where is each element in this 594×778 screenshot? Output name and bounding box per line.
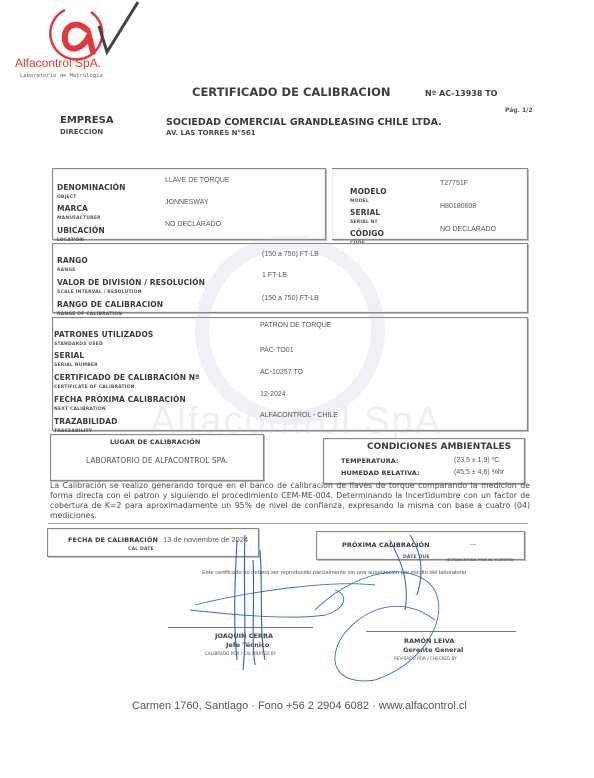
- reviewer-role: Gerente General: [403, 646, 463, 654]
- traceability-label: TRAZABILIDAD: [54, 417, 117, 426]
- temperature-label: TEMPERATURA:: [341, 457, 399, 465]
- calibrator-role: Jefe Técnico: [226, 641, 269, 649]
- reproduction-notice: Este certificado no deberá ser reproduci…: [202, 570, 466, 576]
- code-value: NO DECLARADO: [440, 226, 496, 233]
- logo-subtitle: Laboratorio de Metrología: [20, 73, 103, 79]
- resolution-value: 1 FT-LB: [262, 272, 287, 279]
- manufacturer-label: MARCA: [57, 204, 88, 213]
- calibration-description: La Calibración se realizo generando torq…: [50, 481, 530, 521]
- document-title: CERTIFICADO DE CALIBRACION: [192, 85, 391, 99]
- calibrator-caption: CALIBRADO POR / CALIBRATED BY: [205, 651, 276, 656]
- signature-line-calibrator: [168, 627, 313, 628]
- temperature-value: (23,5 ± 1,9) ºC: [454, 457, 499, 464]
- object-value: LLAVE DE TORQUE: [165, 177, 230, 184]
- reviewer-caption: REVISADO POR / CHECKED BY: [394, 656, 457, 661]
- environmental-conditions-title: CONDICIONES AMBIENTALES: [367, 442, 511, 452]
- calibration-range-value: (150 a 750) FT-LB: [262, 295, 319, 302]
- traceability-row: TRAZABILIDAD TRACEABILITY: [54, 409, 117, 434]
- humidity-value: (45,5 ± 4,6) %hr: [454, 469, 504, 476]
- direccion-label: DIRECCION: [60, 128, 103, 136]
- calibration-date-sublabel: CAL DATE: [128, 547, 154, 552]
- serial-value: H80180608: [440, 203, 476, 210]
- model-label: MODELO: [350, 187, 387, 196]
- calibration-place-label: LUGAR DE CALIBRACIÓN: [110, 438, 200, 446]
- range-label: RANGO: [57, 256, 88, 265]
- instrument-location-row: UBICACIÓN LOCATION: [57, 218, 105, 243]
- next-calibration-label: PRÓXIMA CALIBRACIÓN: [342, 541, 430, 549]
- next-calibration-sublabel: DATE DUE: [403, 555, 430, 560]
- direccion-value: AV. LAS TORRES N°561: [166, 129, 256, 137]
- standards-used-value: PATRON DE TORQUE: [260, 322, 331, 329]
- standards-used-label: PATRONES UTILIZADOS: [54, 330, 153, 339]
- certificate-number-value: AC-13938 TO: [439, 89, 497, 98]
- manufacturer-value: JONNESWAY: [165, 199, 209, 206]
- calibrator-name: JOAQUIN CERRA: [215, 632, 273, 640]
- certificate-number-label: Nº: [425, 89, 436, 98]
- footer-contact: Carmen 1760, Santiago · Fono +56 2 2904 …: [132, 700, 467, 712]
- standard-certificate-value: AC-10257 TO: [260, 369, 303, 376]
- standard-certificate-label: CERTIFICADO DE CALIBRACIÓN Nº: [54, 373, 200, 382]
- company-logo: Alfacontrol SpA. Laboratorio de Metrolog…: [5, 0, 135, 82]
- code-label: CÓDIGO: [350, 229, 384, 238]
- certificate-number: Nº AC-13938 TO: [425, 89, 497, 98]
- range-value: (150 a 750) FT-LB: [262, 251, 319, 258]
- alpha-v-logo-icon: [35, 0, 145, 62]
- empresa-value: SOCIEDAD COMERCIAL GRANDLEASING CHILE LT…: [166, 117, 442, 128]
- calibration-range-label: RANGO DE CALIBRACION: [57, 300, 163, 309]
- empresa-label: EMPRESA: [60, 115, 114, 126]
- calibration-date-label: FECHA DE CALIBRACIÓN: [68, 536, 158, 544]
- standard-serial-label: SERIAL: [54, 351, 84, 360]
- resolution-label: VALOR DE DIVISIÓN / RESOLUCIÓN: [57, 278, 205, 287]
- standard-serial-value: PAC-TO01: [260, 347, 294, 354]
- calibration-place-value: LABORATORIO DE ALFACONTROL SPA.: [86, 456, 228, 465]
- next-calibration-value: ---: [470, 542, 476, 548]
- standard-next-calibration-label: FECHA PRÓXIMA CALIBRACIÓN: [54, 395, 186, 404]
- signature-line-reviewer: [366, 631, 516, 632]
- humidity-label: HUMEDAD RELATIVA:: [341, 469, 420, 477]
- description-divider: [48, 523, 528, 524]
- logo-company-name: Alfacontrol SpA.: [15, 56, 101, 70]
- standard-next-calibration-value: 12-2024: [260, 391, 286, 398]
- model-value: T27751F: [440, 180, 468, 187]
- location-label: UBICACIÓN: [57, 226, 105, 235]
- serial-label: SERIAL: [350, 208, 380, 217]
- page-number: Pág. 1/2: [505, 107, 533, 114]
- reviewer-name: RAMÓN LEIVA: [404, 637, 454, 645]
- object-label: DENOMINACIÓN: [57, 183, 125, 192]
- traceability-value: ALFACONTROL - CHILE: [260, 412, 338, 419]
- next-calibration-note: (ESTABLECIDA POR EL CLIENTE): [446, 557, 514, 562]
- location-value: NO DECLARADO: [165, 221, 221, 228]
- calibration-range-row: RANGO DE CALIBRACION RANGE OF CALIBRATIO…: [57, 292, 163, 317]
- calibration-date-value: 13 de noviembre de 2024: [163, 535, 248, 544]
